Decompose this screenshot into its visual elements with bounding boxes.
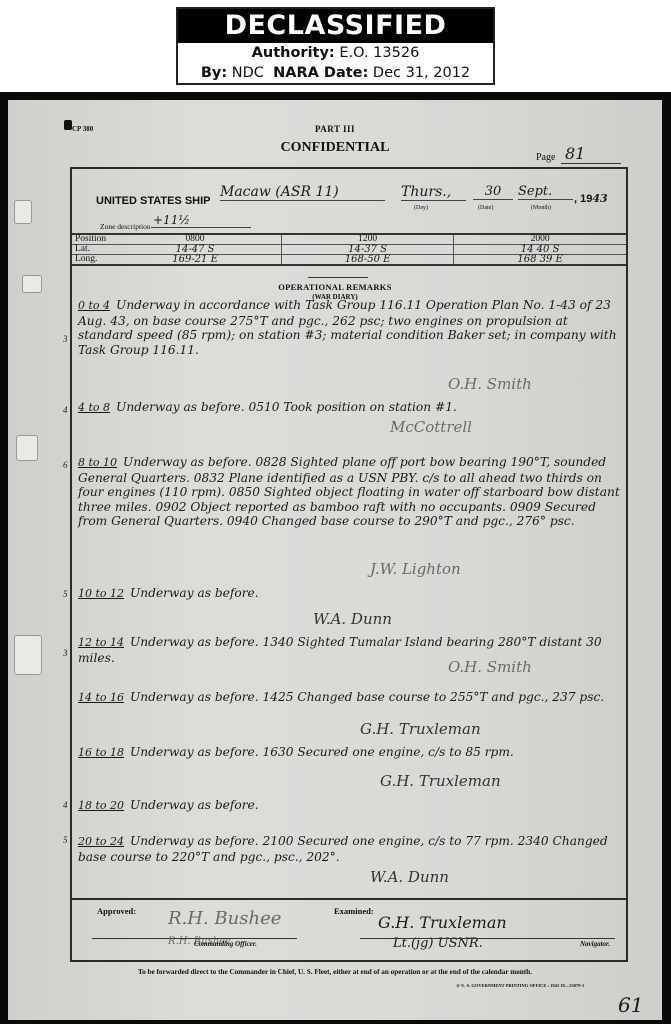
- date-value: 30: [473, 184, 513, 200]
- diary-entry: 20 to 24Underway as before. 2100 Secured…: [78, 834, 626, 864]
- war-diary-page: CP 380 PART III CONFIDENTIAL Page 81 UNI…: [8, 100, 662, 1020]
- diary-entry: 16 to 18Underway as before. 1630 Secured…: [78, 745, 626, 761]
- officer-signature: O.H. Smith: [448, 375, 532, 393]
- officer-signature: G.H. Truxleman: [360, 720, 481, 738]
- divider: [70, 898, 628, 900]
- examined-label: Examined:: [334, 906, 374, 916]
- diary-entry: 4 to 8Underway as before. 0510 Took posi…: [78, 400, 626, 416]
- caption-day: (Day): [414, 205, 428, 211]
- binder-hole: [14, 635, 42, 675]
- diary-entry: 12 to 14Underway as before. 1340 Sighted…: [78, 635, 626, 665]
- stamp-title: DECLASSIFIED: [178, 9, 493, 43]
- year-value: , 1943: [574, 192, 608, 205]
- printer-imprint: ☆ U. S. GOVERNMENT PRINTING OFFICE : 194…: [456, 983, 584, 989]
- officer-signature: G.H. Truxleman: [380, 772, 501, 790]
- officer-signature: O.H. Smith: [448, 658, 532, 676]
- signature-line: [360, 938, 615, 939]
- forwarding-instruction: To be forwarded direct to the Commander …: [8, 968, 662, 976]
- diary-entry: 0 to 4Underway in accordance with Task G…: [78, 298, 626, 357]
- navigator-signature: G.H. Truxleman: [378, 913, 507, 932]
- diary-entry: 14 to 16Underway as before. 1425 Changed…: [78, 690, 626, 706]
- diary-entry: 18 to 20Underway as before.: [78, 798, 626, 814]
- divider: [308, 277, 368, 278]
- commanding-officer-signature: R.H. Bushee: [168, 908, 281, 929]
- approved-label: Approved:: [97, 906, 136, 916]
- day-value: Thurs.,: [401, 184, 466, 201]
- archive-page-number: 61: [618, 993, 643, 1017]
- officer-signature: McCottrell: [390, 418, 472, 436]
- caption-date: (Date): [478, 205, 493, 211]
- position-header-row: Position 0800 1200 2000: [72, 234, 626, 245]
- position-table: Position 0800 1200 2000 Lat. 14-47 S 14-…: [72, 233, 626, 266]
- officer-signature: W.A. Dunn: [313, 610, 392, 628]
- ship-name: Macaw (ASR 11): [220, 184, 385, 201]
- diary-entry: 8 to 10Underway as before. 0828 Sighted …: [78, 455, 626, 529]
- position-long-row: Long. 169-21 E 168-50 E 168 39 E: [72, 255, 626, 266]
- officer-signature: W.A. Dunn: [370, 868, 449, 886]
- binder-hole: [16, 435, 38, 461]
- declassified-stamp: DECLASSIFIED Authority: E.O. 13526 By: N…: [176, 7, 495, 85]
- caption-month: (Month): [531, 205, 551, 211]
- position-lat-row: Lat. 14-47 S 14-37 S 14 40 S: [72, 245, 626, 255]
- zone-label: Zone description: [100, 222, 151, 231]
- diary-entry: 10 to 12Underway as before.: [78, 586, 626, 602]
- scanned-document: CP 380 PART III CONFIDENTIAL Page 81 UNI…: [0, 92, 671, 1024]
- ship-label: UNITED STATES SHIP: [96, 195, 211, 207]
- officer-signature: J.W. Lighton: [370, 560, 461, 578]
- stamp-nara: By: NDC NARA Date: Dec 31, 2012: [178, 63, 493, 83]
- page-label: Page: [536, 152, 555, 163]
- stamp-authority: Authority: E.O. 13526: [178, 43, 493, 63]
- commanding-officer-caption: Commanding Officer.: [194, 940, 257, 948]
- part-heading: PART III: [8, 124, 662, 134]
- month-value: Sept.: [518, 184, 573, 200]
- page-number: 81: [561, 144, 621, 164]
- signature-line: [92, 938, 297, 939]
- binder-hole: [14, 200, 32, 224]
- navigator-caption: Navigator.: [580, 940, 610, 948]
- zone-value: +11½: [151, 213, 251, 228]
- remarks-title: OPERATIONAL REMARKS: [8, 282, 662, 292]
